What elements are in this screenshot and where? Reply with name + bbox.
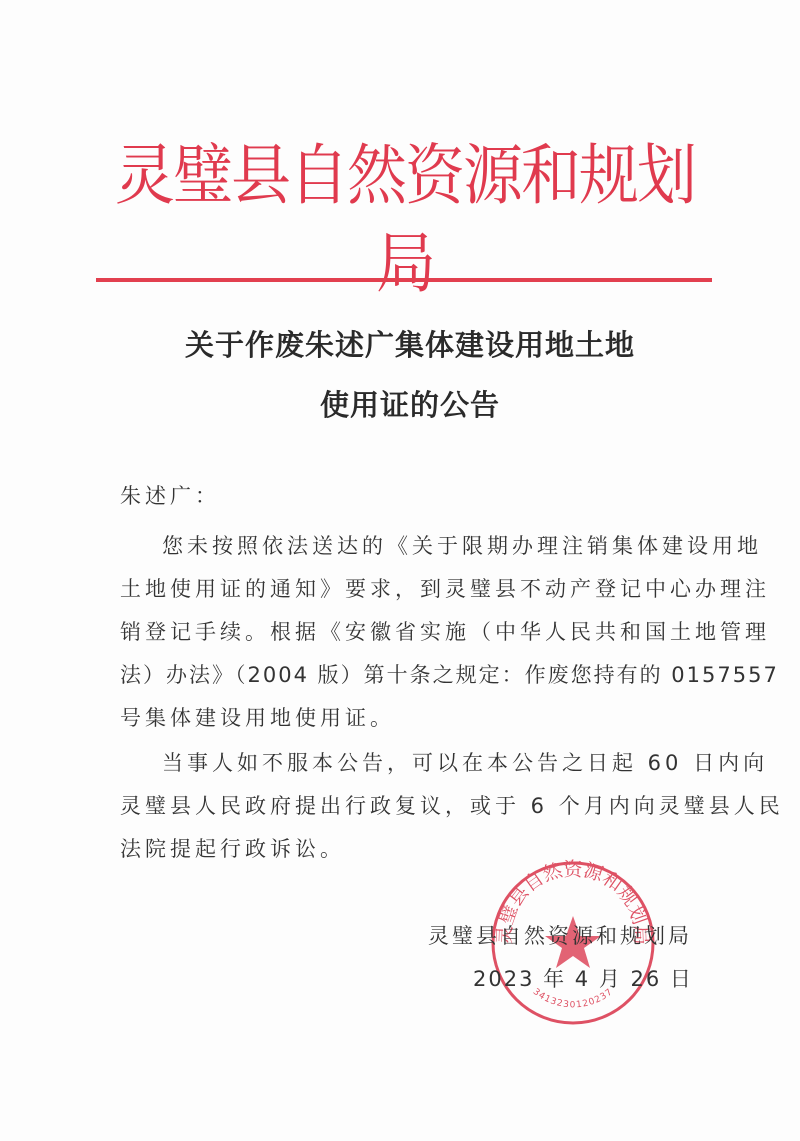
paragraph-2-line: 灵璧县人民政府提出行政复议，或于 6 个月内向灵璧县人民	[120, 790, 784, 820]
notice-title-line-1: 关于作废朱述广集体建设用地土地	[100, 323, 720, 364]
paragraph-1-line: 土地使用证的通知》要求，到灵璧县不动产登记中心办理注	[120, 573, 770, 603]
salutation: 朱述广：	[120, 480, 220, 510]
red-divider	[96, 278, 712, 282]
paragraph-1-line: 法）办法》（2004 版）第十条之规定：作废您持有的 0157557	[120, 659, 779, 689]
paragraph-1-line: 销登记手续。根据《安徽省实施（中华人民共和国土地管理	[120, 616, 770, 646]
paragraph-1-line: 您未按照依法送达的《关于限期办理注销集体建设用地	[162, 530, 762, 560]
paragraph-2-line: 当事人如不服本公告，可以在本公告之日起 60 日内向	[162, 747, 768, 777]
notice-title-line-2: 使用证的公告	[100, 383, 720, 424]
document-page: 灵璧县自然资源和规划局 关于作废朱述广集体建设用地土地 使用证的公告 朱述广： …	[0, 0, 800, 1141]
issuer-signature: 灵璧县自然资源和规划局	[428, 920, 692, 950]
paragraph-1-line: 号集体建设用地使用证。	[120, 702, 395, 732]
issue-date: 2023 年 4 月 26 日	[473, 963, 693, 993]
paragraph-2-line: 法院提起行政诉讼。	[120, 833, 345, 863]
